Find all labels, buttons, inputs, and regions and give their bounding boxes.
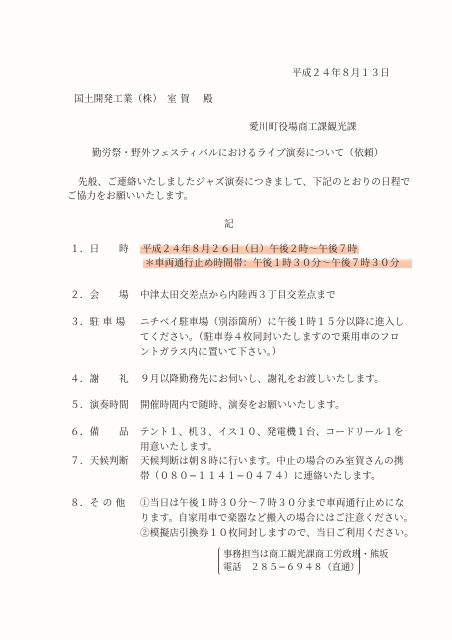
document-date: 平成２４年８月１３日 <box>292 68 390 80</box>
highlighted-text: 平成２４年８月２６日（日）午後２時〜午後７時 <box>140 244 359 255</box>
sender-department: 愛川町役場商工課観光課 <box>249 122 357 134</box>
item-label-datetime: １．日 時 <box>70 244 129 256</box>
item-equipment-line-2: 用意いたします。 <box>140 442 218 454</box>
item-other-line-2: ります。自家用車で楽器など搬入の場合にはご注意ください。 <box>140 513 413 525</box>
item-label-equipment: ６．備 品 <box>70 427 129 439</box>
item-performance-time-line-1: 開催時間内で随時、演奏をお願いいたします。 <box>140 400 345 412</box>
item-weather-line-1: 天候判断は朝８時に行います。中止の場合のみ室賀さんの携 <box>140 456 404 468</box>
item-equipment-line-1: テント１、机３、イス１０、発電機１台、コードリール１を <box>140 427 404 439</box>
ki-heading: 記 <box>224 219 234 231</box>
item-parking-line-2: てください。（駐車券４枚同封いたしますので乗用車のフロ <box>140 332 400 344</box>
item-reward-line-1: ９月以降勤務先にお伺いし、謝礼をお渡しいたします。 <box>140 374 384 386</box>
contact-line-1: 事務担当は商工観光課商工労政班・熊坂 <box>223 549 388 561</box>
item-parking-line-3: ントガラス内に置いて下さい。） <box>140 347 282 359</box>
item-label-performance-time: ５．演奏時間 <box>70 400 129 412</box>
item-datetime-line-2: ＊車両通行止め時間帯：午後１時３０分〜午後７時３０分 <box>143 258 412 270</box>
item-label-other: ８．そ の 他 <box>70 498 125 510</box>
intro-line-2: ご協力をお願いいたします。 <box>67 191 194 203</box>
item-weather-line-2: 帯（０８０−１１４１−０４７４）に連絡いたします。 <box>140 471 381 483</box>
addressee: 国土開発工業（株） 室 賀 殿 <box>74 94 213 106</box>
item-other-line-3: ②模擬店引換券１０枚同封しますので、当日ご利用ください。 <box>140 528 414 540</box>
document-title: 勤労祭・野外フェスティバルにおけるライブ演奏について（依頼） <box>92 148 384 160</box>
item-label-parking: ３．駐 車 場 <box>70 317 125 329</box>
item-other-line-1: ①当日は午後１時３０分〜７時３０分まで車両通行止めにな <box>140 498 404 510</box>
item-venue-line-1: 中津太田交差点から内陸西３丁目交差点まで <box>140 290 336 302</box>
item-label-reward: ４．謝 礼 <box>70 374 129 386</box>
item-datetime-line-1: 平成２４年８月２６日（日）午後２時〜午後７時 <box>140 244 359 256</box>
item-label-weather: ７．天候判断 <box>70 456 129 468</box>
item-parking-line-1: ニチベイ駐車場（別添箇所）に午後１時１５分以降に進入し <box>140 317 404 329</box>
contact-line-2: 電話 ２８５−６９４８（直通） <box>223 562 359 574</box>
intro-line-1: 先般、ご連絡いたしましたジャズ演奏につきまして、下記のとおりの日程で <box>78 177 410 189</box>
contact-box: 事務担当は商工観光課商工労政班・熊坂 電話 ２８５−６９４８（直通） <box>218 547 360 575</box>
highlighted-text: ＊車両通行止め時間帯：午後１時３０分〜午後７時３０分 <box>143 258 412 269</box>
item-label-venue: ２．会 場 <box>70 290 129 302</box>
